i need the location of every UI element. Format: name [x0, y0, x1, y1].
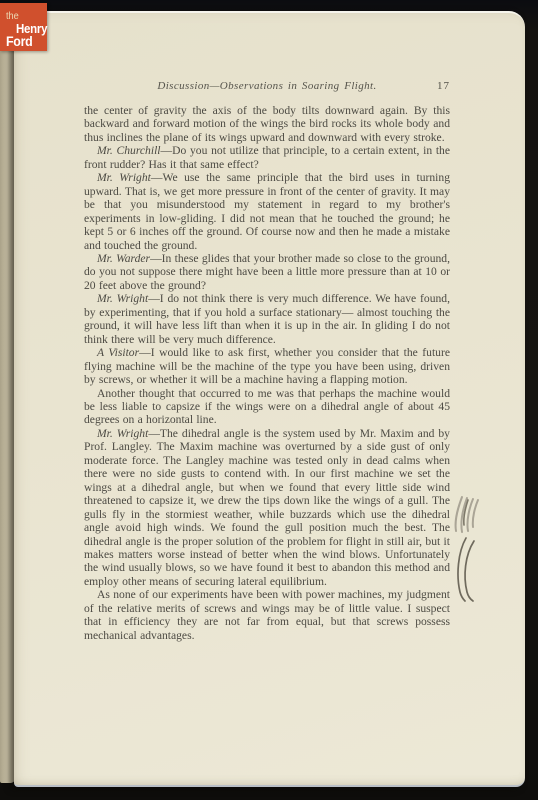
scanned-book-page-photo: Discussion—Observations in Soaring Fligh… [0, 0, 538, 800]
paragraph: Mr. Wright—I do not think there is very … [84, 292, 450, 346]
paragraph: Another thought that occurred to me was … [84, 387, 450, 427]
paragraph: Mr. Churchill—Do you not utilize that pr… [84, 144, 450, 171]
henry-ford-logo: the Henry Ford [0, 3, 47, 51]
speaker-name: A Visitor [97, 346, 139, 359]
speaker-name: Mr. Wright [97, 292, 148, 305]
paragraph: As none of our experiments have been wit… [84, 588, 450, 642]
running-head: Discussion—Observations in Soaring Fligh… [84, 79, 450, 93]
paragraph: A Visitor—I would like to ask first, whe… [84, 346, 450, 386]
logo-word-the: the [6, 11, 19, 22]
paragraph: Mr. Wright—We use the same principle tha… [84, 171, 450, 252]
running-title: Discussion—Observations in Soaring Fligh… [157, 80, 376, 92]
logo-word-ford: Ford [6, 34, 32, 49]
pencil-scribble-icon [451, 494, 481, 536]
speaker-name: Mr. Warder [97, 252, 150, 265]
paragraph: Mr. Wright—The dihedral angle is the sys… [84, 427, 450, 588]
book-page: Discussion—Observations in Soaring Fligh… [14, 11, 525, 787]
speaker-name: Mr. Wright [97, 427, 148, 440]
paragraph: Mr. Warder—In these glides that your bro… [84, 252, 450, 292]
pencil-double-paren-icon [452, 537, 480, 603]
text-block: the center of gravity the axis of the bo… [84, 104, 450, 642]
speaker-name: Mr. Wright [97, 171, 151, 184]
page-number: 17 [437, 79, 450, 93]
speaker-name: Mr. Churchill [97, 144, 161, 157]
paragraph: the center of gravity the axis of the bo… [84, 104, 450, 144]
